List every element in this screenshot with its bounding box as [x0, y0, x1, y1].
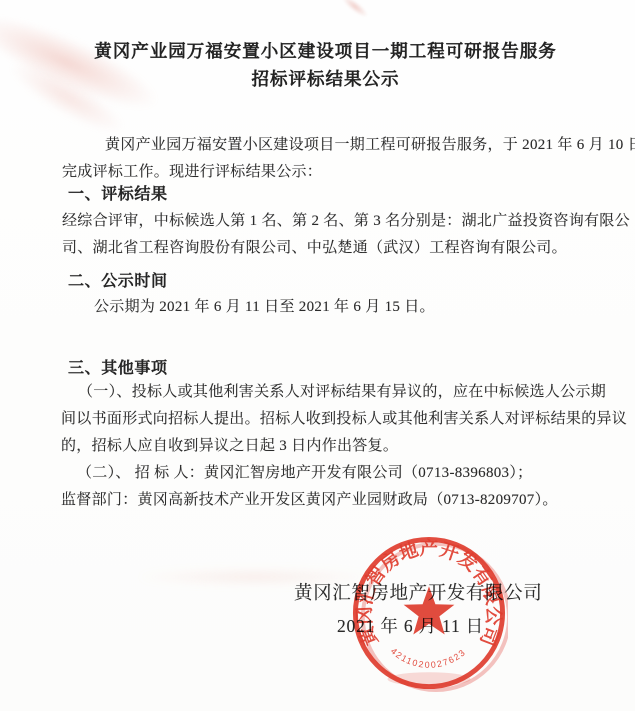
section2-line-1: 公示期为 2021 年 6 月 11 日至 2021 年 6 月 15 日。: [94, 298, 435, 317]
seal-star-icon: [404, 586, 455, 634]
section-heading-evaluation-result: 一、评标结果: [68, 185, 168, 205]
scan-smudge-top-center: [340, 0, 369, 19]
intro-paragraph-line-1: 黄冈产业园万福安置小区建设项目一期工程可研报告服务，于 2021 年 6 月 1…: [105, 136, 635, 155]
section-heading-publicity-period: 二、公示时间: [68, 272, 168, 292]
document-title-line-1: 黄冈产业园万福安置小区建设项目一期工程可研报告服务: [0, 41, 635, 63]
section3-item1-line-3: 的，招标人应自收到异议之日起 3 日内作出答复。: [61, 437, 398, 456]
section3-item2-line-1: （二）、 招 标 人：黄冈汇智房地产开发有限公司（0713-8396803）；: [77, 464, 532, 483]
scanned-document-page: 黄冈产业园万福安置小区建设项目一期工程可研报告服务 招标评标结果公示 黄冈产业园…: [0, 0, 635, 711]
section-heading-other-matters: 三、其他事项: [68, 359, 168, 379]
svg-text:4211020027623: 4211020027623: [389, 646, 468, 670]
seal-ink-smudge: [388, 672, 471, 686]
company-seal: 黄冈汇智房地产开发有限公司 4211020027623: [350, 534, 508, 692]
section1-line-2: 司、湖北省工程咨询股份有限公司、中弘楚通（武汉）工程咨询有限公司。: [62, 239, 567, 258]
section3-item1-line-1: （一）、投标人或其他利害关系人对评标结果有异议的，应在中标候选人公示期: [78, 383, 606, 402]
seal-number-text: 4211020027623: [389, 646, 468, 670]
document-title-line-2: 招标评标结果公示: [0, 69, 635, 91]
intro-paragraph-line-2: 完成评标工作。现进行评标结果公示：: [62, 163, 322, 182]
section3-item2-line-2: 监督部门：黄冈高新技术产业开发区黄冈产业园财政局（0713-8209707）。: [61, 491, 558, 510]
section1-line-1: 经综合评审，中标候选人第 1 名、第 2 名、第 3 名分别是：湖北广益投资咨询…: [62, 212, 630, 231]
scan-smudge-top-left-2: [2, 50, 132, 144]
section3-item1-line-2: 间以书面形式向招标人提出。招标人收到投标人或其他利害关系人对评标结果的异议: [61, 410, 627, 429]
